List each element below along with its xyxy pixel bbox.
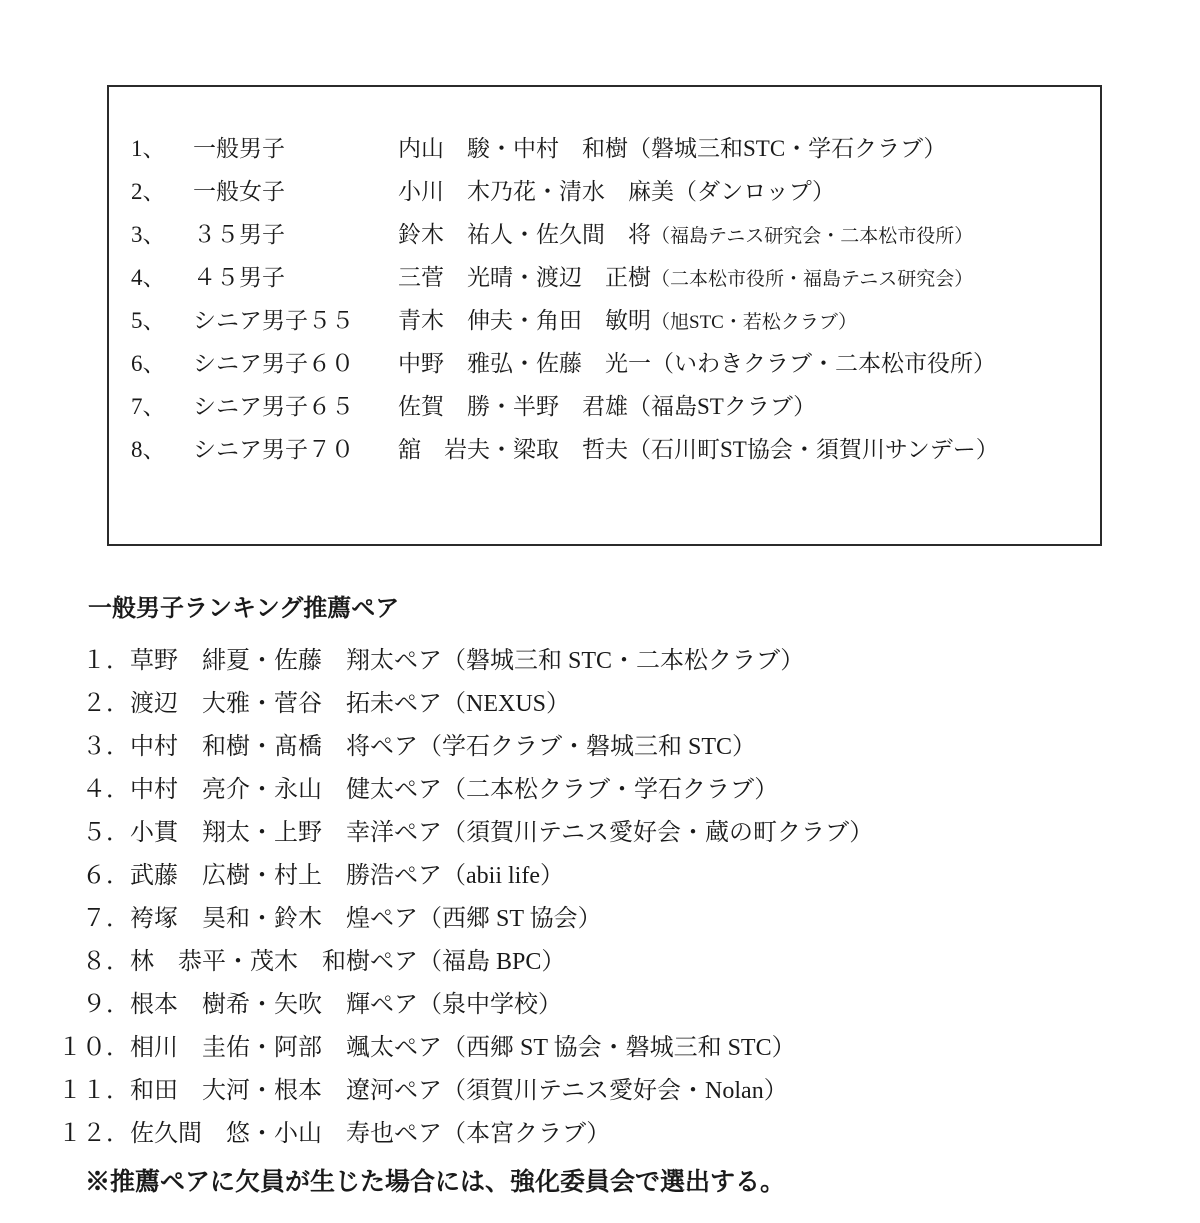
entry-clubs: （二本松市役所・福島テニス研究会） — [651, 258, 973, 301]
entry-names: 青木 伸夫・角田 敏明 — [398, 299, 651, 342]
entry-names: 中野 雅弘・佐藤 光一 — [398, 342, 651, 385]
ranking-note: ※推薦ペアに欠員が生じた場合には、強化委員会で選出する。 — [85, 1163, 1157, 1203]
ranking-number: １２． — [57, 1113, 130, 1156]
entry-clubs: （福島テニス研究会・二本松市役所） — [651, 215, 973, 258]
ranking-pair: 武藤 広樹・村上 勝浩ペア（abii life） — [130, 855, 564, 898]
ranking-item: １０． 相川 圭佑・阿部 颯太ペア（西郷 ST 協会・磐城三和 STC） — [57, 1027, 1157, 1070]
entry-row: 2、 一般女子 小川 木乃花・清水 麻美 （ダンロップ） — [131, 170, 1090, 213]
ranking-number: ５． — [57, 812, 130, 855]
ranking-number: ８． — [57, 941, 130, 984]
entry-names: 内山 駿・中村 和樹 — [398, 127, 628, 170]
ranking-item: １． 草野 緋夏・佐藤 翔太ペア（磐城三和 STC・二本松クラブ） — [57, 640, 1157, 683]
entry-number: 7、 — [131, 385, 193, 428]
ranking-pair: 和田 大河・根本 遼河ペア（須賀川テニス愛好会・Nolan） — [130, 1070, 788, 1113]
entry-category: ３５男子 — [193, 213, 398, 256]
ranking-item: ２． 渡辺 大雅・菅谷 拓未ペア（NEXUS） — [57, 683, 1157, 726]
ranking-pair: 袴塚 昊和・鈴木 煌ペア（西郷 ST 協会） — [130, 898, 602, 941]
ranking-number: １０． — [57, 1027, 130, 1070]
ranking-pair: 相川 圭佑・阿部 颯太ペア（西郷 ST 協会・磐城三和 STC） — [130, 1027, 796, 1070]
ranking-item: ７． 袴塚 昊和・鈴木 煌ペア（西郷 ST 協会） — [57, 898, 1157, 941]
ranking-item: １２． 佐久間 悠・小山 寿也ペア（本宮クラブ） — [57, 1113, 1157, 1156]
entry-clubs: （いわきクラブ・二本松市役所） — [651, 342, 996, 385]
entry-list-box: 1、 一般男子 内山 駿・中村 和樹 （磐城三和STC・学石クラブ） 2、 一般… — [107, 85, 1102, 546]
ranking-pair: 根本 樹希・矢吹 輝ペア（泉中学校） — [130, 984, 562, 1027]
entry-clubs: （石川町ST協会・須賀川サンデー） — [628, 428, 999, 471]
entry-row: 1、 一般男子 内山 駿・中村 和樹 （磐城三和STC・学石クラブ） — [131, 127, 1090, 170]
ranking-number: ３． — [57, 726, 130, 769]
entry-number: 3、 — [131, 213, 193, 256]
entry-number: 5、 — [131, 299, 193, 342]
entry-row: 8、 シニア男子７０ 舘 岩夫・梁取 哲夫 （石川町ST協会・須賀川サンデー） — [131, 428, 1090, 471]
ranking-pair: 林 恭平・茂木 和樹ペア（福島 BPC） — [130, 941, 565, 984]
entry-category: シニア男子６０ — [193, 342, 398, 385]
ranking-pair: 小貫 翔太・上野 幸洋ペア（須賀川テニス愛好会・蔵の町クラブ） — [130, 812, 873, 855]
entry-number: 2、 — [131, 170, 193, 213]
ranking-item: ９． 根本 樹希・矢吹 輝ペア（泉中学校） — [57, 984, 1157, 1027]
entry-number: 4、 — [131, 256, 193, 299]
entry-row: 4、 ４５男子 三菅 光晴・渡辺 正樹 （二本松市役所・福島テニス研究会） — [131, 256, 1090, 299]
entry-category: ４５男子 — [193, 256, 398, 299]
ranking-item: ４． 中村 亮介・永山 健太ペア（二本松クラブ・学石クラブ） — [57, 769, 1157, 812]
entry-row: 6、 シニア男子６０ 中野 雅弘・佐藤 光一 （いわきクラブ・二本松市役所） — [131, 342, 1090, 385]
ranking-number: ２． — [57, 683, 130, 726]
entry-row: 7、 シニア男子６５ 佐賀 勝・半野 君雄 （福島STクラブ） — [131, 385, 1090, 428]
entry-number: 6、 — [131, 342, 193, 385]
ranking-number: ７． — [57, 898, 130, 941]
ranking-number: ６． — [57, 855, 130, 898]
entry-number: 1、 — [131, 127, 193, 170]
entry-clubs: （ダンロップ） — [674, 170, 835, 213]
entry-category: 一般女子 — [193, 170, 398, 213]
ranking-pair: 中村 和樹・髙橋 将ペア（学石クラブ・磐城三和 STC） — [130, 726, 756, 769]
ranking-item: ３． 中村 和樹・髙橋 将ペア（学石クラブ・磐城三和 STC） — [57, 726, 1157, 769]
document-page: 1、 一般男子 内山 駿・中村 和樹 （磐城三和STC・学石クラブ） 2、 一般… — [0, 0, 1200, 1223]
entry-category: シニア男子６５ — [193, 385, 398, 428]
entry-clubs: （磐城三和STC・学石クラブ） — [628, 127, 946, 170]
entry-category: シニア男子５５ — [193, 299, 398, 342]
entry-names: 佐賀 勝・半野 君雄 — [398, 385, 628, 428]
entry-names: 小川 木乃花・清水 麻美 — [398, 170, 674, 213]
ranking-pair: 草野 緋夏・佐藤 翔太ペア（磐城三和 STC・二本松クラブ） — [130, 640, 804, 683]
entry-row: 5、 シニア男子５５ 青木 伸夫・角田 敏明 （旭STC・若松クラブ） — [131, 299, 1090, 342]
entry-names: 鈴木 祐人・佐久間 将 — [398, 213, 651, 256]
entry-category: 一般男子 — [193, 127, 398, 170]
ranking-item: ６． 武藤 広樹・村上 勝浩ペア（abii life） — [57, 855, 1157, 898]
ranking-heading: 一般男子ランキング推薦ペア — [88, 592, 1157, 626]
entry-clubs: （旭STC・若松クラブ） — [651, 301, 857, 344]
entry-names: 舘 岩夫・梁取 哲夫 — [398, 428, 628, 471]
entry-number: 8、 — [131, 428, 193, 471]
entry-clubs: （福島STクラブ） — [628, 385, 816, 428]
ranking-item: １１． 和田 大河・根本 遼河ペア（須賀川テニス愛好会・Nolan） — [57, 1070, 1157, 1113]
ranking-number: １． — [57, 640, 130, 683]
ranking-item: ５． 小貫 翔太・上野 幸洋ペア（須賀川テニス愛好会・蔵の町クラブ） — [57, 812, 1157, 855]
entry-names: 三菅 光晴・渡辺 正樹 — [398, 256, 651, 299]
ranking-number: ４． — [57, 769, 130, 812]
ranking-number: １１． — [57, 1070, 130, 1113]
ranking-section: 一般男子ランキング推薦ペア １． 草野 緋夏・佐藤 翔太ペア（磐城三和 STC・… — [57, 592, 1157, 1203]
ranking-item: ８． 林 恭平・茂木 和樹ペア（福島 BPC） — [57, 941, 1157, 984]
ranking-pair: 渡辺 大雅・菅谷 拓未ペア（NEXUS） — [130, 683, 570, 726]
ranking-pair: 佐久間 悠・小山 寿也ペア（本宮クラブ） — [130, 1113, 610, 1156]
entry-row: 3、 ３５男子 鈴木 祐人・佐久間 将 （福島テニス研究会・二本松市役所） — [131, 213, 1090, 256]
ranking-number: ９． — [57, 984, 130, 1027]
entry-category: シニア男子７０ — [193, 428, 398, 471]
ranking-pair: 中村 亮介・永山 健太ペア（二本松クラブ・学石クラブ） — [130, 769, 778, 812]
